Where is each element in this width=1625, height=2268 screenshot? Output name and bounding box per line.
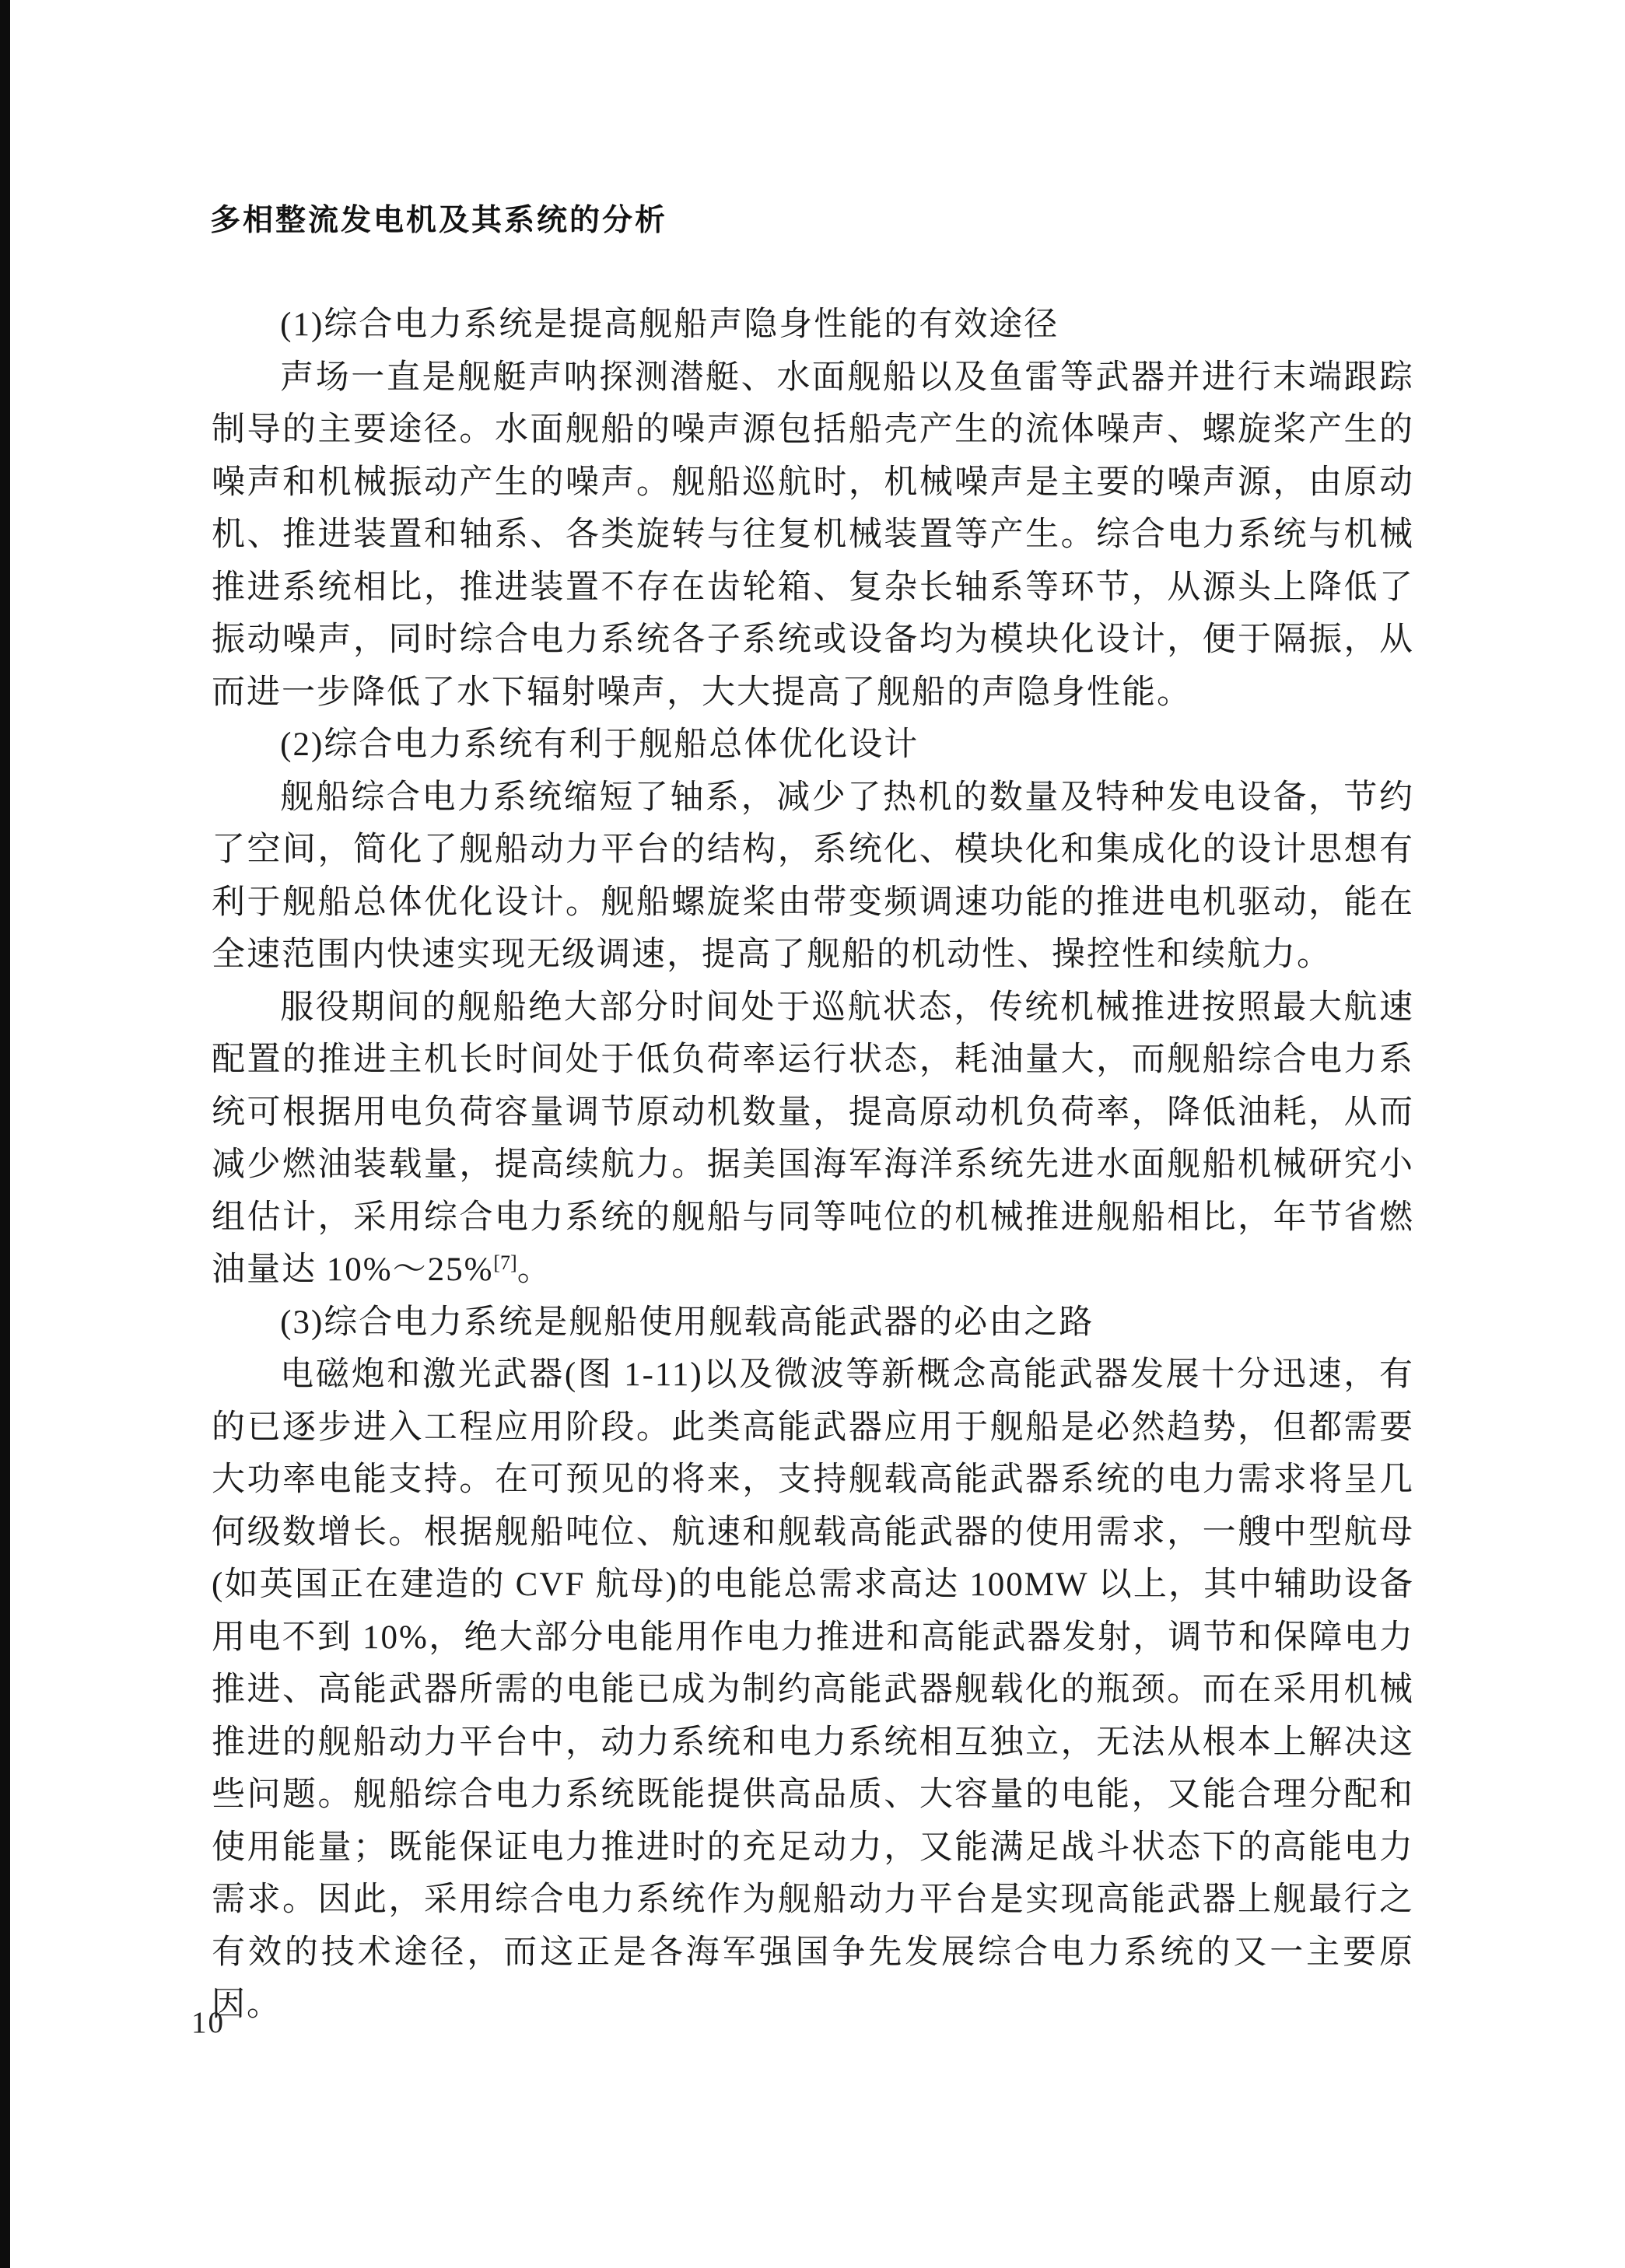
paragraph-high-energy-weapons: 电磁炮和激光武器(图 1-11)以及微波等新概念高能武器发展十分迅速，有的已逐步… [212,1349,1414,2032]
paragraph-fuel-saving: 服役期间的舰船绝大部分时间处于巡航状态，传统机械推进按照最大航速配置的推进主机长… [212,982,1414,1297]
running-header: 多相整流发电机及其系统的分析 [210,196,667,240]
item-heading-2-text: (2)综合电力系统有利于舰船总体优化设计 [280,726,919,763]
footnote-reference-7: [7] [493,1251,517,1274]
paragraph-acoustic-stealth: 声场一直是舰艇声呐探测潜艇、水面舰船以及鱼雷等武器并进行末端跟踪制导的主要途径。… [212,352,1414,719]
paragraph-high-energy-weapons-text: 电磁炮和激光武器(图 1-11)以及微波等新概念高能武器发展十分迅速，有的已逐步… [212,1356,1414,2023]
item-heading-2: (2)综合电力系统有利于舰船总体优化设计 [212,719,1414,772]
paragraph-overall-optimization-text: 舰船综合电力系统缩短了轴系，减少了热机的数量及特种发电设备，节约了空间，简化了舰… [212,779,1414,974]
item-heading-1-text: (1)综合电力系统是提高舰船声隐身性能的有效途径 [280,306,1059,343]
item-heading-1: (1)综合电力系统是提高舰船声隐身性能的有效途径 [212,299,1414,352]
page-number: 10 [191,2005,225,2040]
paragraph-fuel-saving-tail: 。 [517,1251,552,1288]
paragraph-acoustic-stealth-text: 声场一直是舰艇声呐探测潜艇、水面舰船以及鱼雷等武器并进行末端跟踪制导的主要途径。… [212,359,1414,711]
page-body-text: (1)综合电力系统是提高舰船声隐身性能的有效途径 声场一直是舰艇声呐探测潜艇、水… [212,299,1414,2032]
item-heading-3-text: (3)综合电力系统是舰船使用舰载高能武器的必由之路 [280,1304,1094,1341]
item-heading-3: (3)综合电力系统是舰船使用舰载高能武器的必由之路 [212,1297,1414,1349]
paragraph-fuel-saving-text: 服役期间的舰船绝大部分时间处于巡航状态，传统机械推进按照最大航速配置的推进主机长… [212,989,1414,1289]
scan-edge-bar [0,0,10,2268]
paragraph-overall-optimization: 舰船综合电力系统缩短了轴系，减少了热机的数量及特种发电设备，节约了空间，简化了舰… [212,772,1414,982]
